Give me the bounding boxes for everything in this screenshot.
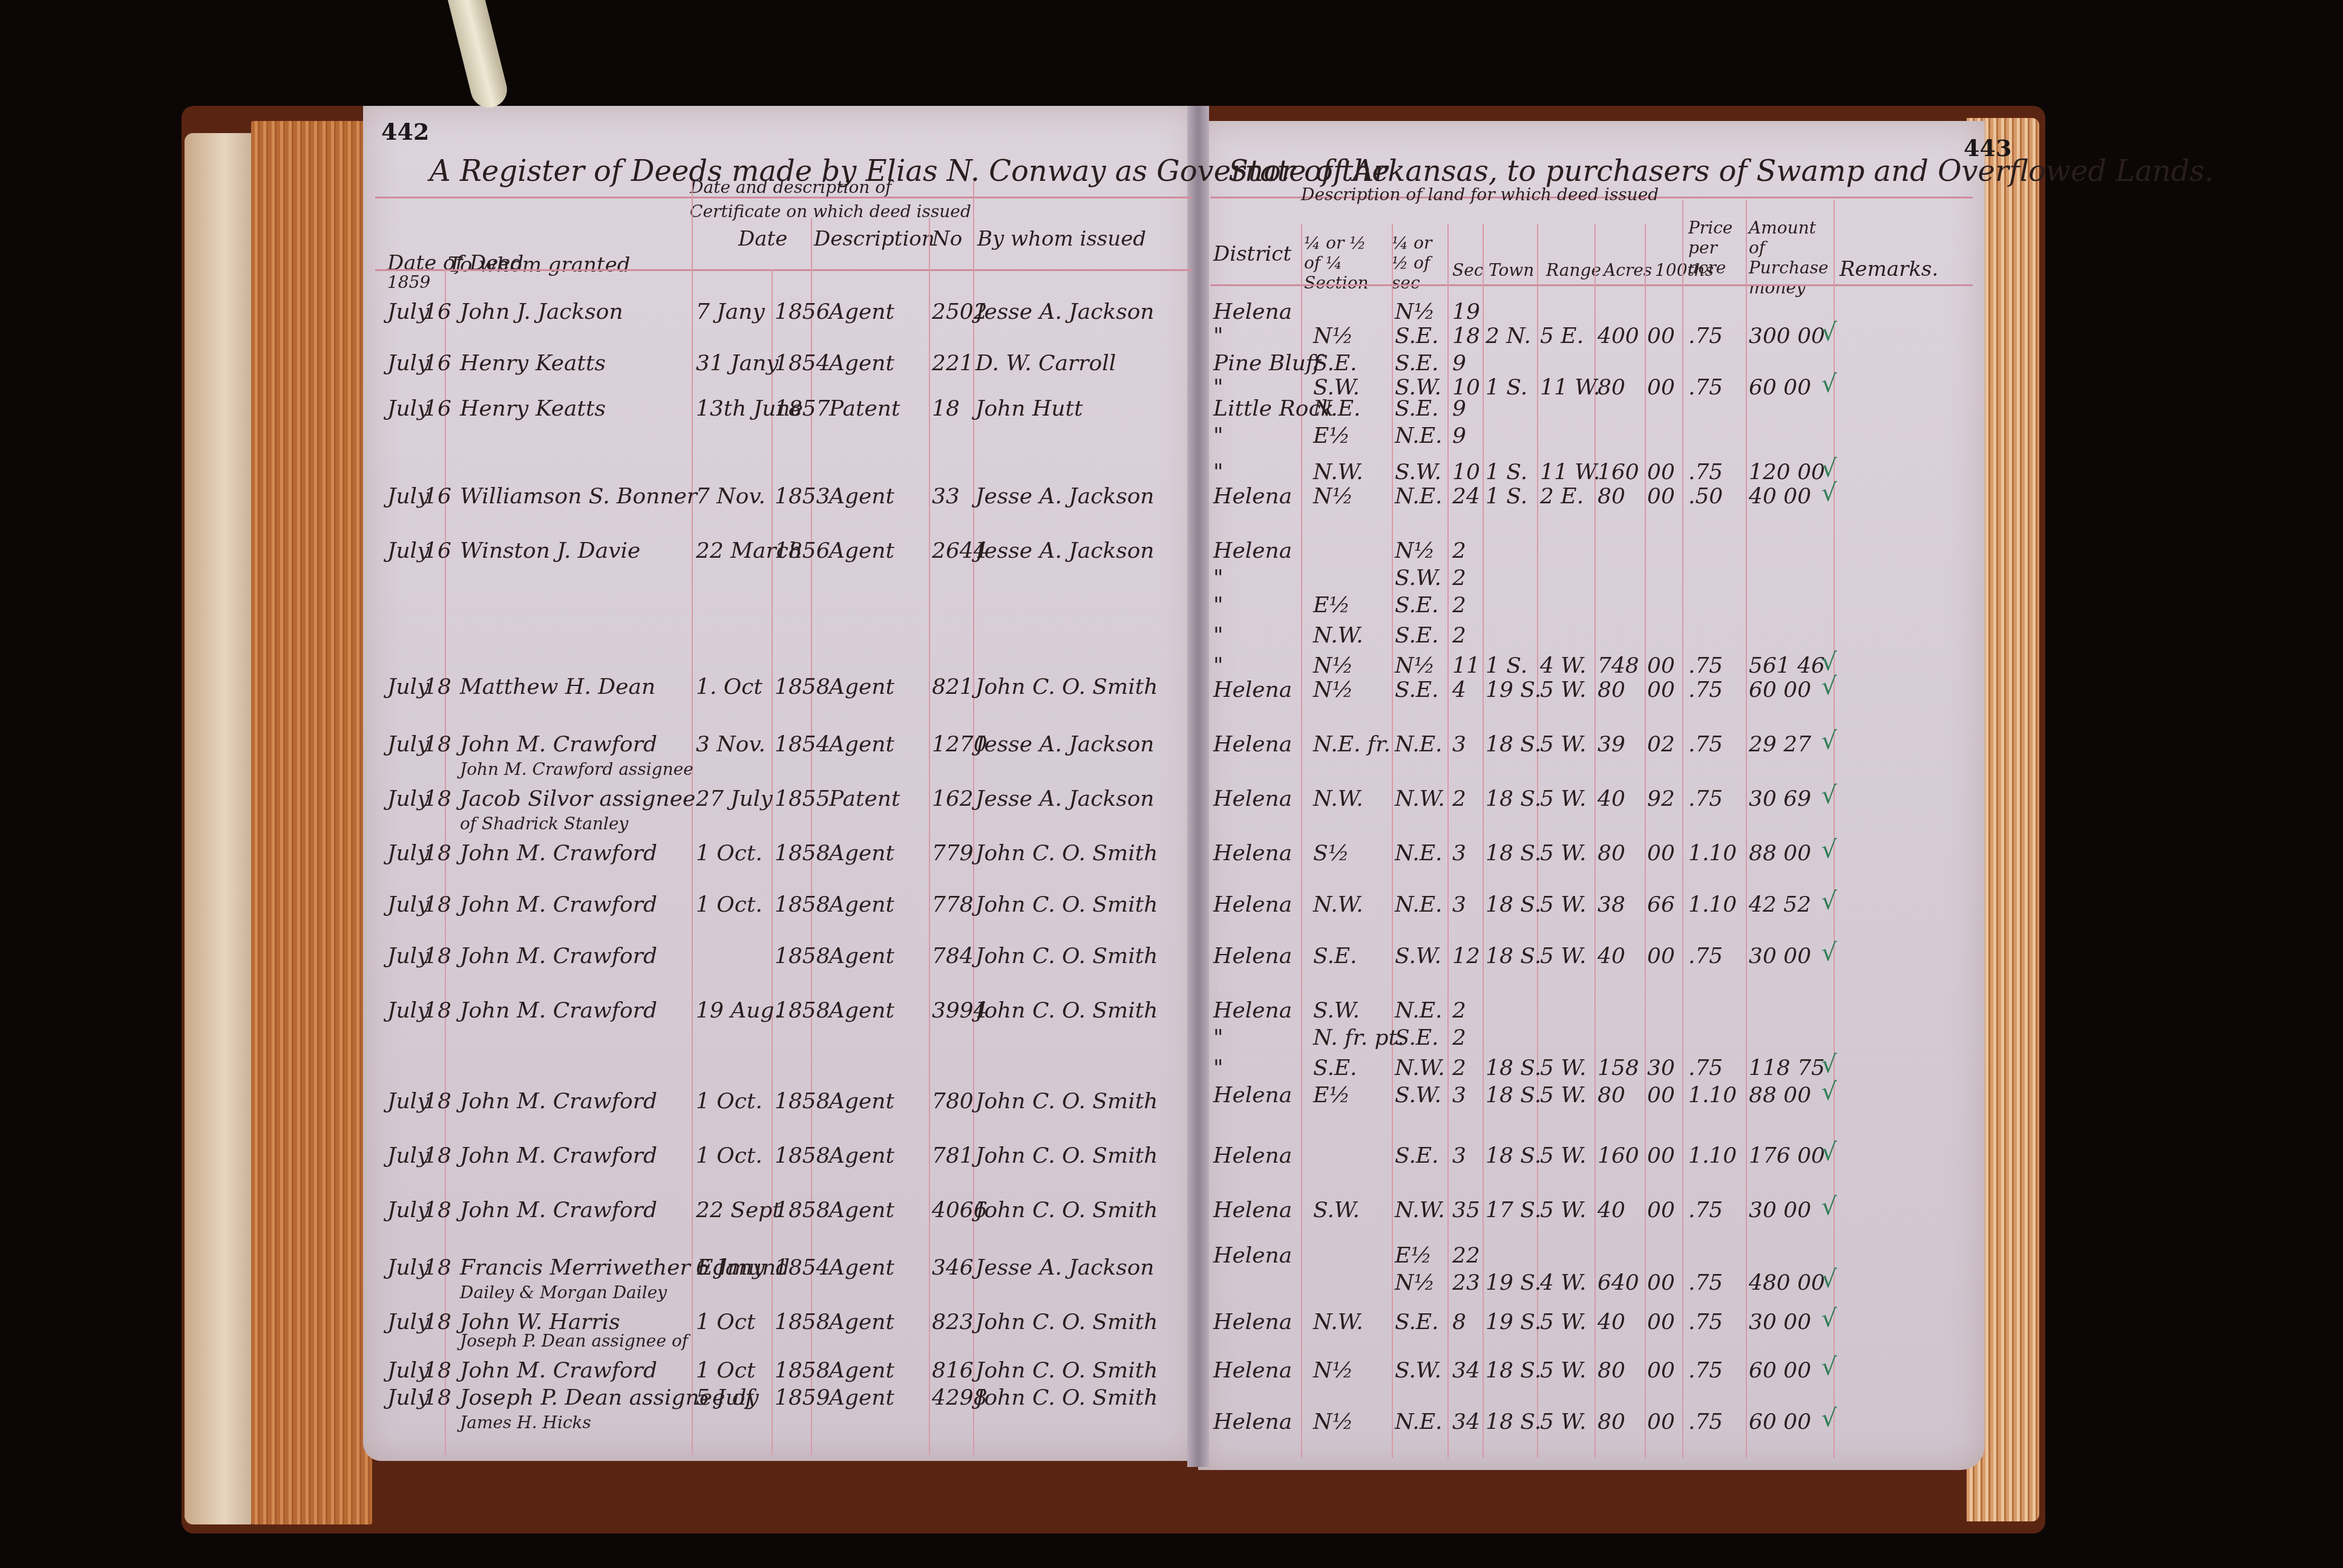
- header-certificate-group: Date and description of Certificate on w…: [690, 175, 980, 224]
- quarter-of-quarter: N½: [1313, 678, 1353, 702]
- certificate-number: 778: [932, 892, 974, 917]
- grantee-note: of Shadrick Stanley: [460, 814, 628, 834]
- acres-hundredths: 00: [1647, 678, 1675, 702]
- certificate-year: 1858: [775, 1358, 830, 1383]
- quarter-of-quarter: N. fr. pt.: [1313, 1025, 1404, 1050]
- certificate-date: 1 Oct.: [696, 892, 762, 917]
- acres-hundredths: 00: [1647, 1410, 1675, 1434]
- section: 18: [1452, 324, 1480, 348]
- district: ": [1213, 423, 1224, 448]
- grantee-note: Dailey & Morgan Dailey: [460, 1282, 667, 1302]
- checkmark-icon: √: [1821, 673, 1837, 701]
- range: 5 W.: [1540, 1310, 1587, 1334]
- quarter-of-quarter: N.E. fr.: [1313, 732, 1391, 757]
- certificate-year: 1857: [775, 396, 830, 421]
- quarter-of-section: N½: [1395, 1270, 1435, 1295]
- acres-hundredths: 00: [1647, 1143, 1675, 1168]
- certificate-number: 221: [932, 351, 974, 376]
- grantee-name: John J. Jackson: [460, 299, 623, 324]
- purchase-money: 480 00: [1749, 1270, 1825, 1295]
- price-per-acre: .75: [1688, 1270, 1723, 1295]
- deed-day: 16: [424, 351, 451, 376]
- certificate-year: 1856: [775, 538, 830, 563]
- section: 11: [1452, 653, 1480, 678]
- acres-hundredths: 00: [1647, 484, 1675, 509]
- issued-by: John C. O. Smith: [975, 1089, 1158, 1114]
- certificate-number: 784: [932, 944, 974, 969]
- grantee-name: Jacob Silvor assignee: [460, 786, 695, 811]
- price-per-acre: .75: [1688, 1056, 1723, 1080]
- grantee-name: John M. Crawford: [460, 732, 657, 757]
- quarter-of-section: N.W.: [1395, 1198, 1445, 1223]
- certificate-year: 1858: [775, 1143, 830, 1168]
- certificate-description: Agent: [829, 1385, 894, 1410]
- acres-hundredths: 00: [1647, 1358, 1675, 1383]
- quarter-of-section: S.E.: [1395, 678, 1439, 702]
- acres: 640: [1597, 1270, 1639, 1295]
- certificate-year: 1858: [775, 944, 830, 969]
- deed-day: 18: [424, 786, 451, 811]
- township: 19 S.: [1486, 678, 1541, 702]
- range: 5 W.: [1540, 944, 1587, 969]
- quarter-of-section: N.E.: [1395, 998, 1442, 1023]
- acres-hundredths: 00: [1647, 375, 1675, 400]
- quarter-of-quarter: E½: [1313, 1083, 1350, 1108]
- quarter-of-section: S.W.: [1395, 566, 1441, 590]
- acres-hundredths: 92: [1647, 786, 1675, 811]
- purchase-money: 120 00: [1749, 460, 1825, 485]
- grantee-name: Winston J. Davie: [460, 538, 640, 563]
- township: 1 S.: [1486, 653, 1527, 678]
- page-number-left: 442: [381, 118, 429, 145]
- range: 5 W.: [1540, 1198, 1587, 1223]
- certificate-date: 19 Aug.: [696, 998, 781, 1023]
- deed-day: 18: [424, 1310, 451, 1334]
- acres: 160: [1597, 460, 1639, 485]
- year-label: 1859: [387, 272, 430, 292]
- certificate-date: 3 Nov.: [696, 732, 765, 757]
- issued-by: John C. O. Smith: [975, 1310, 1158, 1334]
- acres: 158: [1597, 1056, 1639, 1080]
- quarter-of-section: S.W.: [1395, 1358, 1441, 1383]
- certificate-number: 780: [932, 1089, 974, 1114]
- acres: 40: [1597, 1310, 1625, 1334]
- purchase-money: 30 00: [1749, 944, 1811, 969]
- district: Helena: [1213, 1198, 1292, 1223]
- issued-by: Jesse A. Jackson: [975, 484, 1155, 509]
- header-to-whom-granted: To whom granted: [448, 253, 631, 277]
- purchase-money: 40 00: [1749, 484, 1811, 509]
- township: 18 S.: [1486, 1143, 1541, 1168]
- certificate-date: 22 Sept: [696, 1198, 781, 1223]
- header-remarks: Remarks.: [1840, 257, 1938, 281]
- quarter-of-section: S.E.: [1395, 396, 1439, 421]
- section: 3: [1452, 892, 1466, 917]
- issued-by: Jesse A. Jackson: [975, 732, 1155, 757]
- range: 5 W.: [1540, 1056, 1587, 1080]
- certificate-number: 162: [932, 786, 974, 811]
- certificate-description: Agent: [829, 538, 894, 563]
- section: 2: [1452, 623, 1466, 648]
- quarter-of-section: S.E.: [1395, 324, 1439, 348]
- price-per-acre: .75: [1688, 786, 1723, 811]
- deed-day: 16: [424, 299, 451, 324]
- purchase-money: 176 00: [1749, 1143, 1825, 1168]
- certificate-year: 1858: [775, 675, 830, 699]
- acres-hundredths: 00: [1647, 1310, 1675, 1334]
- price-per-acre: .75: [1688, 1358, 1723, 1383]
- district: ": [1213, 460, 1224, 485]
- certificate-number: 18: [932, 396, 960, 421]
- quarter-of-quarter: N.W.: [1313, 786, 1363, 811]
- header-date: Date: [738, 227, 787, 251]
- grantee-name: John M. Crawford: [460, 1358, 657, 1383]
- price-per-acre: .75: [1688, 460, 1723, 485]
- deed-day: 18: [424, 732, 451, 757]
- grantee-name: Williamson S. Bonner: [460, 484, 697, 509]
- section: 2: [1452, 538, 1466, 563]
- certificate-description: Agent: [829, 841, 894, 866]
- acres: 40: [1597, 1198, 1625, 1223]
- acres-hundredths: 00: [1647, 1198, 1675, 1223]
- certificate-description: Patent: [829, 396, 900, 421]
- quarter-of-section: E½: [1395, 1243, 1432, 1268]
- section: 9: [1452, 351, 1466, 376]
- purchase-money: 42 52: [1749, 892, 1811, 917]
- issued-by: Jesse A. Jackson: [975, 786, 1155, 811]
- certificate-date: 31 Jany: [696, 351, 779, 376]
- acres-hundredths: 00: [1647, 1270, 1675, 1295]
- section: 9: [1452, 396, 1466, 421]
- township: 18 S.: [1486, 1410, 1541, 1434]
- header-range: Range: [1546, 260, 1601, 280]
- district: ": [1213, 623, 1224, 648]
- certificate-description: Agent: [829, 1089, 894, 1114]
- checkmark-icon: √: [1821, 370, 1837, 398]
- quarter-of-section: N.E.: [1395, 484, 1442, 509]
- certificate-year: 1858: [775, 998, 830, 1023]
- purchase-money: 60 00: [1749, 1358, 1811, 1383]
- price-per-acre: .75: [1688, 1198, 1723, 1223]
- certificate-year: 1858: [775, 841, 830, 866]
- purchase-money: 300 00: [1749, 324, 1825, 348]
- checkmark-icon: √: [1821, 1353, 1837, 1381]
- range: 5 W.: [1540, 786, 1587, 811]
- price-per-acre: .75: [1688, 678, 1723, 702]
- range: 4 W.: [1540, 1270, 1587, 1295]
- quarter-of-quarter: S.W.: [1313, 1198, 1360, 1223]
- section: 2: [1452, 786, 1466, 811]
- acres-hundredths: 66: [1647, 892, 1675, 917]
- grantee-name: Henry Keatts: [460, 351, 606, 376]
- certificate-description: Agent: [829, 732, 894, 757]
- issued-by: John C. O. Smith: [975, 998, 1158, 1023]
- certificate-date: 27 July: [696, 786, 773, 811]
- checkmark-icon: √: [1821, 1405, 1837, 1432]
- deed-day: 16: [424, 484, 451, 509]
- col-rule: [1682, 200, 1683, 1458]
- issued-by: John C. O. Smith: [975, 892, 1158, 917]
- grantee-name: Henry Keatts: [460, 396, 606, 421]
- certificate-date: 1 Oct: [696, 1358, 756, 1383]
- district: ": [1213, 653, 1224, 678]
- certificate-date: 1. Oct: [696, 675, 762, 699]
- quarter-of-section: N½: [1395, 538, 1435, 563]
- purchase-money: 60 00: [1749, 678, 1811, 702]
- deed-day: 18: [424, 998, 451, 1023]
- district: Helena: [1213, 538, 1292, 563]
- issued-by: John C. O. Smith: [975, 675, 1158, 699]
- district: Helena: [1213, 841, 1292, 866]
- purchase-money: 88 00: [1749, 841, 1811, 866]
- quarter-of-section: S.E.: [1395, 593, 1439, 618]
- section: 2: [1452, 998, 1466, 1023]
- certificate-year: 1854: [775, 351, 830, 376]
- deed-day: 18: [424, 675, 451, 699]
- acres: 80: [1597, 375, 1625, 400]
- district: Helena: [1213, 678, 1292, 702]
- purchase-money: 561 46: [1749, 653, 1825, 678]
- quarter-of-quarter: E½: [1313, 593, 1350, 618]
- deed-day: 18: [424, 944, 451, 969]
- header-by-whom-issued: By whom issued: [977, 227, 1146, 251]
- district: Helena: [1213, 1310, 1292, 1334]
- quarter-of-quarter: N½: [1313, 1410, 1353, 1434]
- township: 1 S.: [1486, 484, 1527, 509]
- quarter-of-quarter: S½: [1313, 841, 1349, 866]
- certificate-year: 1858: [775, 1198, 830, 1223]
- checkmark-icon: √: [1821, 1305, 1837, 1333]
- range: 5 E.: [1540, 324, 1584, 348]
- acres: 39: [1597, 732, 1625, 757]
- book-front-endpaper: [185, 133, 251, 1524]
- quarter-of-section: S.W.: [1395, 944, 1441, 969]
- district: ": [1213, 1056, 1224, 1080]
- certificate-date: 7 Jany: [696, 299, 765, 324]
- certificate-year: 1858: [775, 1089, 830, 1114]
- quarter-of-section: N½: [1395, 299, 1435, 324]
- certificate-year: 1854: [775, 1255, 830, 1280]
- checkmark-icon: √: [1821, 1266, 1837, 1293]
- section: 8: [1452, 1310, 1466, 1334]
- quarter-of-quarter: S.W.: [1313, 998, 1360, 1023]
- issued-by: John C. O. Smith: [975, 1358, 1158, 1383]
- section: 10: [1452, 460, 1480, 485]
- district: Helena: [1213, 1358, 1292, 1383]
- checkmark-icon: √: [1821, 1193, 1837, 1221]
- certificate-description: Agent: [829, 1310, 894, 1334]
- section: 3: [1452, 841, 1466, 866]
- certificate-date: 1 Oct.: [696, 1089, 762, 1114]
- section: 35: [1452, 1198, 1480, 1223]
- price-per-acre: 1.10: [1688, 892, 1737, 917]
- certificate-description: Agent: [829, 944, 894, 969]
- section: 2: [1452, 1056, 1466, 1080]
- district: Helena: [1213, 998, 1292, 1023]
- deed-day: 16: [424, 538, 451, 563]
- quarter-of-section: N½: [1395, 653, 1435, 678]
- issued-by: John C. O. Smith: [975, 944, 1158, 969]
- checkmark-icon: √: [1821, 887, 1837, 915]
- certificate-year: 1858: [775, 1310, 830, 1334]
- grantee-name: John M. Crawford: [460, 1089, 657, 1114]
- header-no: No: [932, 227, 962, 251]
- price-per-acre: .75: [1688, 1310, 1723, 1334]
- certificate-date: 6 Jany: [696, 1255, 765, 1280]
- district: ": [1213, 1025, 1224, 1050]
- certificate-number: 33: [932, 484, 960, 509]
- checkmark-icon: √: [1821, 1138, 1837, 1166]
- certificate-date: 7 Nov.: [696, 484, 765, 509]
- certificate-year: 1858: [775, 892, 830, 917]
- section: 3: [1452, 732, 1466, 757]
- certificate-number: 779: [932, 841, 974, 866]
- district: Helena: [1213, 1243, 1292, 1268]
- certificate-date: 1 Oct: [696, 1310, 756, 1334]
- section: 3: [1452, 1083, 1466, 1108]
- price-per-acre: 1.10: [1688, 1083, 1737, 1108]
- price-per-acre: .50: [1688, 484, 1723, 509]
- grantee-note: Joseph P. Dean assignee of: [460, 1331, 688, 1351]
- issued-by: Jesse A. Jackson: [975, 299, 1155, 324]
- grantee-name: John M. Crawford: [460, 944, 657, 969]
- acres: 80: [1597, 1410, 1625, 1434]
- district: Helena: [1213, 1083, 1292, 1108]
- certificate-description: Agent: [829, 1358, 894, 1383]
- grantee-name: John M. Crawford: [460, 1198, 657, 1223]
- grantee-name: John M. Crawford: [460, 1143, 657, 1168]
- district: ": [1213, 324, 1224, 348]
- acres-hundredths: 00: [1647, 460, 1675, 485]
- quarter-of-section: S.W.: [1395, 460, 1441, 485]
- section: 19: [1452, 299, 1480, 324]
- purchase-money: 60 00: [1749, 375, 1811, 400]
- certificate-description: Agent: [829, 892, 894, 917]
- acres: 80: [1597, 678, 1625, 702]
- township: 18 S.: [1486, 841, 1541, 866]
- section: 23: [1452, 1270, 1480, 1295]
- price-per-acre: .75: [1688, 375, 1723, 400]
- quarter-of-quarter: N½: [1313, 653, 1353, 678]
- acres-hundredths: 00: [1647, 1083, 1675, 1108]
- quarter-of-section: N.W.: [1395, 786, 1445, 811]
- quarter-of-quarter: E½: [1313, 423, 1350, 448]
- deed-day: 18: [424, 841, 451, 866]
- district: Pine Bluff: [1213, 351, 1321, 376]
- certificate-date: 1 Oct.: [696, 1143, 762, 1168]
- price-per-acre: .75: [1688, 653, 1723, 678]
- township: 1 S.: [1486, 375, 1527, 400]
- acres-hundredths: 30: [1647, 1056, 1675, 1080]
- range: 5 W.: [1540, 732, 1587, 757]
- certificate-description: Agent: [829, 351, 894, 376]
- checkmark-icon: √: [1821, 836, 1837, 864]
- range: 5 W.: [1540, 1083, 1587, 1108]
- range: 11 W.: [1540, 460, 1600, 485]
- deed-day: 16: [424, 396, 451, 421]
- col-rule: [1746, 200, 1747, 1458]
- col-rule: [1594, 224, 1596, 1458]
- quarter-of-quarter: N.W.: [1313, 1310, 1363, 1334]
- issued-by: Jesse A. Jackson: [975, 1255, 1155, 1280]
- certificate-year: 1854: [775, 732, 830, 757]
- issued-by: John C. O. Smith: [975, 1198, 1158, 1223]
- purchase-money: 29 27: [1749, 732, 1811, 757]
- grantee-note: James H. Hicks: [460, 1413, 591, 1432]
- quarter-of-section: S.E.: [1395, 1310, 1439, 1334]
- issued-by: D. W. Carroll: [975, 351, 1116, 376]
- bookmark-weight: [448, 0, 511, 111]
- purchase-money: 30 69: [1749, 786, 1811, 811]
- issued-by: John Hutt: [975, 396, 1083, 421]
- section: 2: [1452, 593, 1466, 618]
- section: 9: [1452, 423, 1466, 448]
- acres-hundredths: 02: [1647, 732, 1675, 757]
- quarter-of-section: N.W.: [1395, 1056, 1445, 1080]
- acres: 400: [1597, 324, 1639, 348]
- checkmark-icon: √: [1821, 727, 1837, 755]
- header-district: District: [1213, 242, 1291, 266]
- township: 17 S.: [1486, 1198, 1541, 1223]
- section: 24: [1452, 484, 1480, 509]
- header-town: Town: [1489, 260, 1534, 280]
- checkmark-icon: √: [1821, 479, 1837, 507]
- certificate-number: 823: [932, 1310, 974, 1334]
- district: Helena: [1213, 732, 1292, 757]
- township: 18 S.: [1486, 892, 1541, 917]
- quarter-of-section: S.E.: [1395, 623, 1439, 648]
- purchase-money: 118 75: [1749, 1056, 1825, 1080]
- checkmark-icon: √: [1821, 939, 1837, 967]
- township: 18 S.: [1486, 944, 1541, 969]
- certificate-number: 781: [932, 1143, 974, 1168]
- acres: 160: [1597, 1143, 1639, 1168]
- acres: 38: [1597, 892, 1625, 917]
- district: Helena: [1213, 892, 1292, 917]
- township: 19 S.: [1486, 1270, 1541, 1295]
- acres: 40: [1597, 786, 1625, 811]
- range: 5 W.: [1540, 892, 1587, 917]
- quarter-of-quarter: N½: [1313, 324, 1353, 348]
- quarter-of-section: N.E.: [1395, 892, 1442, 917]
- district: ": [1213, 593, 1224, 618]
- district: Helena: [1213, 786, 1292, 811]
- acres: 80: [1597, 1358, 1625, 1383]
- grantee-note: John M. Crawford assignee: [460, 759, 693, 779]
- township: 18 S.: [1486, 1056, 1541, 1080]
- acres-hundredths: 00: [1647, 653, 1675, 678]
- range: 2 E.: [1540, 484, 1584, 509]
- range: 4 W.: [1540, 653, 1587, 678]
- checkmark-icon: √: [1821, 319, 1837, 347]
- district: Helena: [1213, 299, 1292, 324]
- deed-day: 18: [424, 892, 451, 917]
- section: 4: [1452, 678, 1466, 702]
- quarter-of-quarter: N.W.: [1313, 460, 1363, 485]
- township: 1 S.: [1486, 460, 1527, 485]
- col-rule: [1483, 224, 1484, 1458]
- header-sec: Sec: [1452, 260, 1483, 280]
- range: 5 W.: [1540, 678, 1587, 702]
- header-description: Description: [814, 227, 935, 251]
- acres-hundredths: 00: [1647, 841, 1675, 866]
- quarter-of-quarter: S.E.: [1313, 351, 1357, 376]
- price-per-acre: 1.10: [1688, 841, 1737, 866]
- deed-day: 18: [424, 1198, 451, 1223]
- grantee-name: John M. Crawford: [460, 841, 657, 866]
- price-per-acre: .75: [1688, 324, 1723, 348]
- certificate-description: Agent: [829, 484, 894, 509]
